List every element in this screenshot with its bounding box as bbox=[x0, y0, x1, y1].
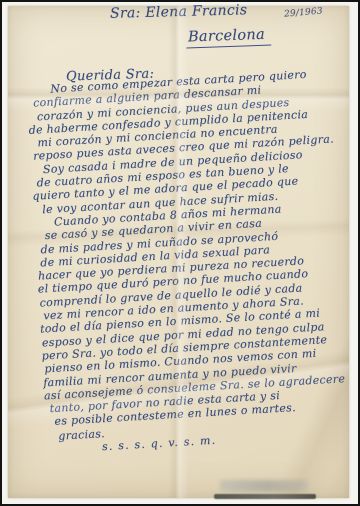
letter-paper: Sra: Elena Francis 29/1963 Barcelona Que… bbox=[8, 6, 349, 498]
city-line: Barcelona bbox=[186, 27, 272, 49]
letter-date: 29/1963 bbox=[284, 6, 324, 19]
letter-body: No se como empezar esta carta pero quier… bbox=[26, 65, 360, 456]
recipient-line: Sra: Elena Francis bbox=[110, 2, 248, 22]
letter-scan: Sra: Elena Francis 29/1963 Barcelona Que… bbox=[0, 0, 360, 506]
redacted-signature-blur bbox=[220, 480, 308, 492]
redacted-signature-bar bbox=[214, 494, 316, 499]
